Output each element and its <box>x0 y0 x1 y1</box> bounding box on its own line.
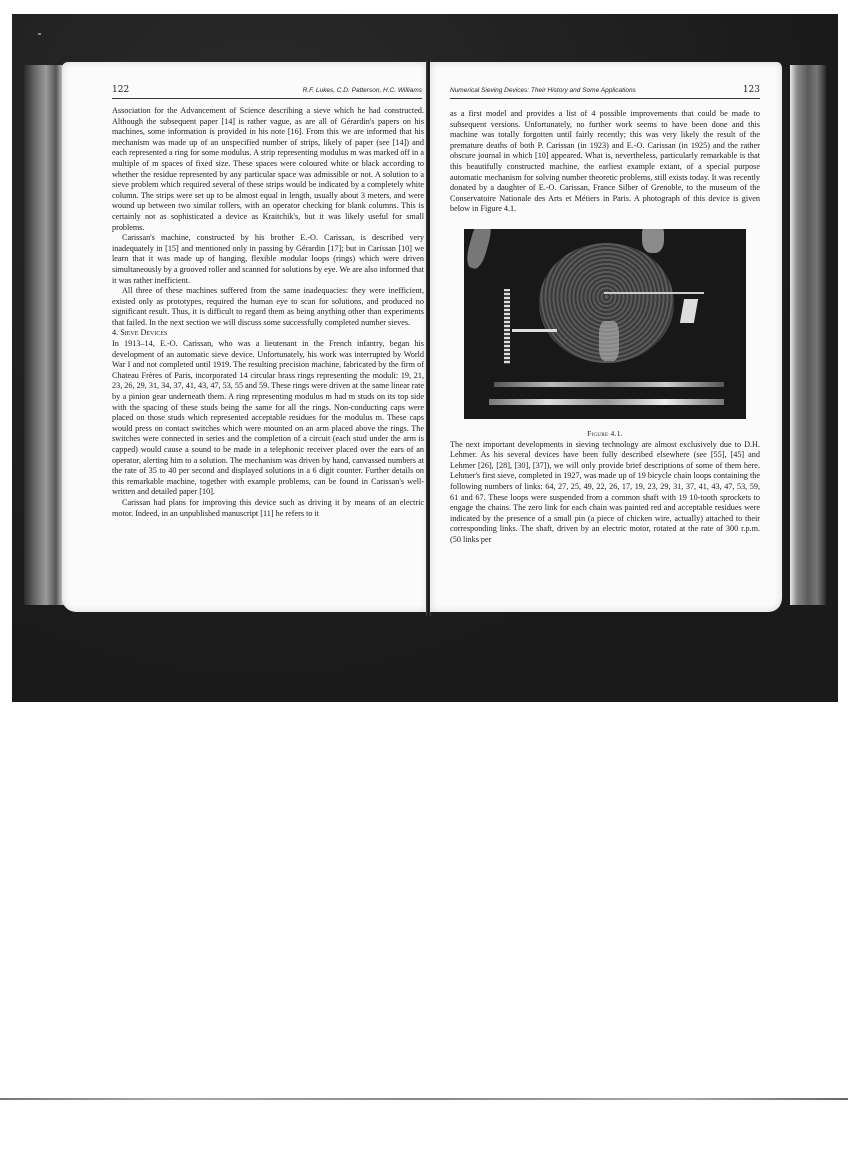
figure-caption: Figure 4.1. <box>450 429 760 440</box>
paragraph: The next important developments in sievi… <box>450 440 760 546</box>
figure-photo-carissan-machine <box>464 229 746 419</box>
running-head-authors: R.F. Lukes, C.D. Patterson, H.C. William… <box>303 87 422 94</box>
paragraph: All three of these machines suffered fro… <box>112 286 424 328</box>
running-head-title: Numerical Sieving Devices: Their History… <box>450 87 636 94</box>
page-number: 122 <box>112 85 129 95</box>
page-number: 123 <box>743 85 760 95</box>
book-edge-right <box>790 65 826 605</box>
photo-rail <box>489 399 724 405</box>
right-page-header: Numerical Sieving Devices: Their History… <box>450 84 760 99</box>
paragraph: Carissan's machine, constructed by his b… <box>112 233 424 286</box>
left-page-header: 122 R.F. Lukes, C.D. Patterson, H.C. Wil… <box>112 84 422 99</box>
paragraph: In 1913–14, E.-O. Carissan, who was a li… <box>112 339 424 498</box>
scan-speck <box>38 33 41 35</box>
photo-detail <box>512 329 557 332</box>
paragraph: Carissan had plans for improving this de… <box>112 498 424 519</box>
photo-counter <box>504 289 510 364</box>
photo-arm <box>604 292 704 294</box>
photo-detail <box>599 321 619 361</box>
paragraph: Association for the Advancement of Scien… <box>112 106 424 233</box>
right-page: Numerical Sieving Devices: Their History… <box>430 62 783 612</box>
photo-detail <box>642 229 664 253</box>
left-page-body: Association for the Advancement of Scien… <box>112 106 424 519</box>
book-edge-left <box>24 65 64 605</box>
photo-rail <box>494 382 724 387</box>
paragraph: as a first model and provides a list of … <box>450 109 760 215</box>
section-heading: 4. Sieve Devices <box>112 328 424 339</box>
scan-fold-line <box>0 1098 848 1100</box>
photo-detail <box>464 229 494 270</box>
left-page: 122 R.F. Lukes, C.D. Patterson, H.C. Wil… <box>62 62 427 612</box>
photo-detail <box>680 299 698 323</box>
right-page-body: as a first model and provides a list of … <box>450 109 760 545</box>
